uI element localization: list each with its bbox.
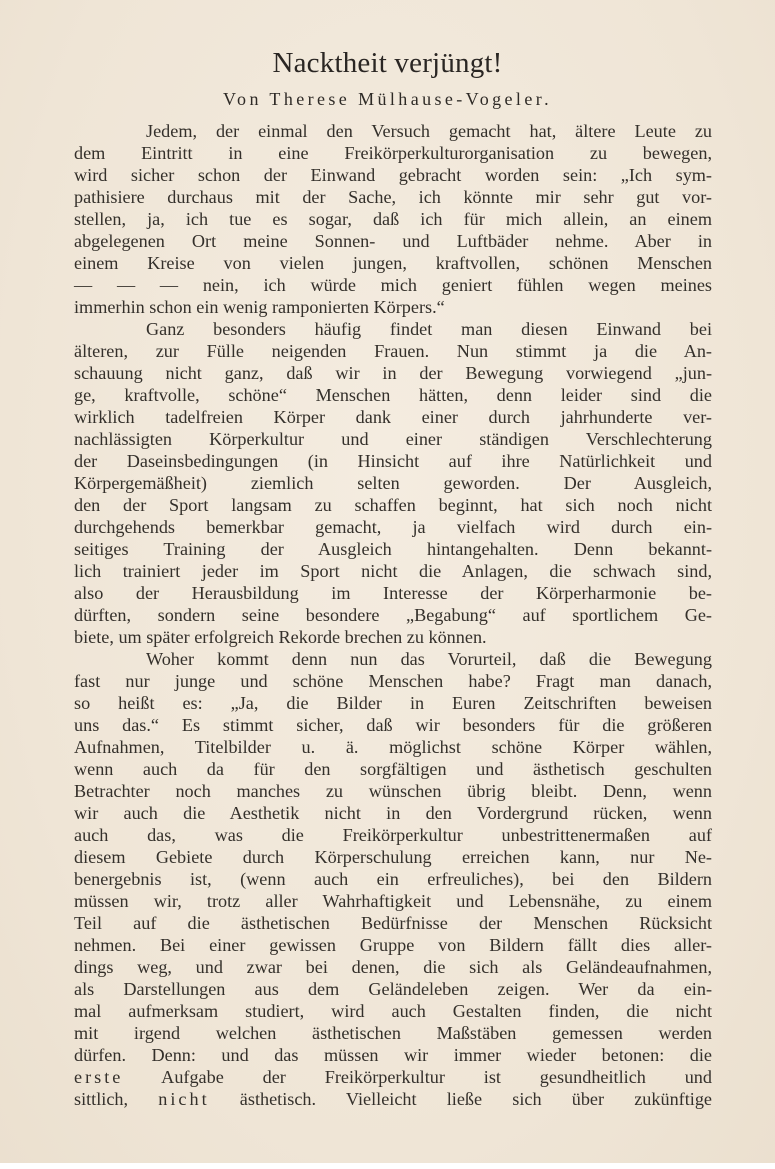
- article-byline: Von Therese Mülhause-Vogeler.: [0, 88, 775, 110]
- text-line: so heißt es: „Ja, die Bilder in Euren Ze…: [74, 692, 712, 714]
- text-line: müssen wir, trotz aller Wahrhaftigkeit u…: [74, 890, 712, 912]
- text-line: dürfen. Denn: und das müssen wir immer w…: [74, 1044, 712, 1066]
- text-fragment: sittlich,: [74, 1089, 158, 1109]
- text-line: mal aufmerksam studiert, wird auch Gesta…: [74, 1000, 712, 1022]
- text-fragment: Aufgabe der Freikörperkultur ist gesundh…: [123, 1067, 712, 1087]
- text-line-emphasis: erste Aufgabe der Freikörperkultur ist g…: [74, 1066, 712, 1088]
- text-line: wird sicher schon der Einwand gebracht w…: [74, 164, 712, 186]
- text-fragment: ästhetisch. Vielleicht ließe sich über z…: [210, 1089, 712, 1109]
- text-line: Woher kommt denn nun das Vorurteil, daß …: [74, 648, 712, 670]
- text-line: fast nur junge und schöne Menschen habe?…: [74, 670, 712, 692]
- text-line: immerhin schon ein wenig ramponierten Kö…: [74, 296, 712, 318]
- text-line: einem Kreise von vielen jungen, kraftvol…: [74, 252, 712, 274]
- text-line: also der Herausbildung im Interesse der …: [74, 582, 712, 604]
- text-line: dürften, sondern seine besondere „Begabu…: [74, 604, 712, 626]
- text-line: Ganz besonders häufig findet man diesen …: [74, 318, 712, 340]
- text-line: diesem Gebiete durch Körperschulung erre…: [74, 846, 712, 868]
- text-line: Aufnahmen, Titelbilder u. ä. möglichst s…: [74, 736, 712, 758]
- text-line: auch das, was die Freikörperkultur unbes…: [74, 824, 712, 846]
- text-line: schauung nicht ganz, daß wir in der Bewe…: [74, 362, 712, 384]
- text-line: biete, um später erfolgreich Rekorde bre…: [74, 626, 712, 648]
- text-line: Jedem, der einmal den Versuch gemacht ha…: [74, 120, 712, 142]
- text-line: durchgehends bemerkbar gemacht, ja vielf…: [74, 516, 712, 538]
- text-line: der Daseinsbedingungen (in Hinsicht auf …: [74, 450, 712, 472]
- paragraph-1: Jedem, der einmal den Versuch gemacht ha…: [74, 120, 712, 318]
- spaced-emphasis: nicht: [158, 1089, 209, 1109]
- text-line: — — — nein, ich würde mich geniert fühle…: [74, 274, 712, 296]
- text-line: mit irgend welchen ästhetischen Maßstäbe…: [74, 1022, 712, 1044]
- text-line: dings weg, und zwar bei denen, die sich …: [74, 956, 712, 978]
- text-line: nachlässigten Körperkultur und einer stä…: [74, 428, 712, 450]
- text-line: dem Eintritt in eine Freikörperkulturorg…: [74, 142, 712, 164]
- article-body: Jedem, der einmal den Versuch gemacht ha…: [74, 120, 712, 1110]
- paragraph-2: Ganz besonders häufig findet man diesen …: [74, 318, 712, 648]
- text-line: wirklich tadelfreien Körper dank einer d…: [74, 406, 712, 428]
- text-line: wir auch die Aesthetik nicht in den Vord…: [74, 802, 712, 824]
- paragraph-3: Woher kommt denn nun das Vorurteil, daß …: [74, 648, 712, 1110]
- article-title: Nacktheit verjüngt!: [0, 47, 775, 79]
- text-line: stellen, ja, ich tue es sogar, daß ich f…: [74, 208, 712, 230]
- spaced-emphasis: erste: [74, 1067, 123, 1087]
- text-line: älteren, zur Fülle neigenden Frauen. Nun…: [74, 340, 712, 362]
- text-line: Teil auf die ästhetischen Bedürfnisse de…: [74, 912, 712, 934]
- text-line-emphasis: sittlich, nicht ästhetisch. Vielleicht l…: [74, 1088, 712, 1110]
- document-page: Nacktheit verjüngt! Von Therese Mülhause…: [0, 0, 775, 1163]
- text-line: Körpergemäßheit) ziemlich selten geworde…: [74, 472, 712, 494]
- text-line: den der Sport langsam zu schaffen beginn…: [74, 494, 712, 516]
- text-line: wenn auch da für den sorgfältigen und äs…: [74, 758, 712, 780]
- text-line: Betrachter noch manches zu wünschen übri…: [74, 780, 712, 802]
- text-line: nehmen. Bei einer gewissen Gruppe von Bi…: [74, 934, 712, 956]
- text-line: uns das.“ Es stimmt sicher, daß wir beso…: [74, 714, 712, 736]
- text-line: pathisiere durchaus mit der Sache, ich k…: [74, 186, 712, 208]
- text-line: abgelegenen Ort meine Sonnen- und Luftbä…: [74, 230, 712, 252]
- text-line: seitiges Training der Ausgleich hintange…: [74, 538, 712, 560]
- text-line: als Darstellungen aus dem Geländeleben z…: [74, 978, 712, 1000]
- text-line: ge, kraftvolle, schöne“ Menschen hätten,…: [74, 384, 712, 406]
- text-line: lich trainiert jeder im Sport nicht die …: [74, 560, 712, 582]
- text-line: benergebnis ist, (wenn auch ein erfreuli…: [74, 868, 712, 890]
